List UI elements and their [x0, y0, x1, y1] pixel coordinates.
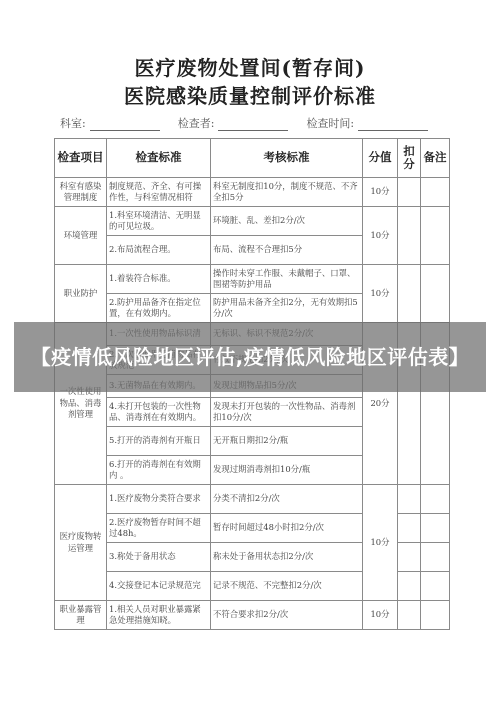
standard-cell: 6.打开的消毒剂在有效期内 。	[107, 456, 211, 485]
standard-cell: 1.医疗废物分类符合要求	[107, 485, 211, 514]
category-cell: 医疗废物转运管理	[55, 485, 107, 601]
criteria-cell: 不符合要求扣2分/次	[211, 601, 363, 630]
standard-cell: 1.科室环境清洁、无明显的可见垃圾。	[107, 207, 211, 236]
deduction-input-cell[interactable]	[398, 601, 421, 630]
criteria-cell: 记录不规范、不完整扣2分/次	[211, 572, 363, 601]
remark-input-cell[interactable]	[421, 178, 450, 207]
header-deduction: 扣分	[398, 139, 421, 178]
deduction-input-cell[interactable]	[398, 514, 421, 543]
header-score: 分值	[363, 139, 398, 178]
remark-input-cell[interactable]	[421, 207, 450, 265]
inspector-field: 检查者:	[178, 115, 289, 131]
standard-cell: 2.防护用品备齐在指定位置，在有效期内。	[107, 294, 211, 323]
criteria-cell: 布局、流程不合理扣5分	[211, 236, 363, 265]
standard-cell: 1.着装符合标准。	[107, 265, 211, 294]
standard-cell: 1.相关人员对职业暴露紧急处理措施知晓。	[107, 601, 211, 630]
criteria-cell: 无开瓶日期扣2分/瓶	[211, 427, 363, 456]
standard-cell: 5.打开的消毒剂有开瓶日	[107, 427, 211, 456]
standard-cell: 3.称处于备用状态	[107, 543, 211, 572]
deduction-input-cell[interactable]	[398, 178, 421, 207]
criteria-cell: 发现过期消毒剂扣10分/瓶	[211, 456, 363, 485]
remark-input-cell[interactable]	[421, 572, 450, 601]
table-row: 环境管理 1.科室环境清洁、无明显的可见垃圾。 环境脏、乱、差扣2分/次 10分	[55, 207, 450, 236]
category-cell: 职业防护	[55, 265, 107, 323]
table-row: 职业暴露管理 1.相关人员对职业暴露紧急处理措施知晓。 不符合要求扣2分/次 1…	[55, 601, 450, 630]
category-cell: 职业暴露管理	[55, 601, 107, 630]
score-cell: 10分	[363, 178, 398, 207]
inspector-label: 检查者:	[178, 115, 215, 131]
criteria-cell: 发现未打开包装的一次性物品、消毒剂扣10分/次	[211, 398, 363, 427]
inspection-meta-fields: 科室: 检查者: 检查时间:	[60, 115, 446, 131]
header-item: 检查项目	[55, 139, 107, 178]
remark-input-cell[interactable]	[421, 485, 450, 514]
standard-cell: 2.医疗废物暂存时间不超过48h。	[107, 514, 211, 543]
document-title-line1: 医疗废物处置间(暂存间)	[0, 52, 500, 81]
score-cell: 10分	[363, 601, 398, 630]
overlay-title-banner: 【疫情低风险地区评估,疫情低风险地区评估表】	[14, 322, 486, 392]
department-label: 科室:	[60, 115, 86, 131]
table-header-row: 检查项目 检查标准 考核标准 分值 扣分 备注	[55, 139, 450, 178]
deduction-input-cell[interactable]	[398, 207, 421, 265]
criteria-cell: 防护用品未备齐全扣2分，无有效期扣5分/次	[211, 294, 363, 323]
inspector-blank-line	[218, 120, 288, 131]
deduction-input-cell[interactable]	[398, 543, 421, 572]
standard-cell: 制度规范、齐全、有可操作性，与科室情况相符	[107, 178, 211, 207]
criteria-cell: 操作时未穿工作服、未戴帽子、口罩、围裙等防护用品	[211, 265, 363, 294]
deduction-input-cell[interactable]	[398, 572, 421, 601]
table-row: 医疗废物转运管理 1.医疗废物分类符合要求 分类不清扣2分/次 10分	[55, 485, 450, 514]
department-blank-line	[90, 120, 160, 131]
department-field: 科室:	[60, 115, 160, 131]
criteria-cell: 分类不清扣2分/次	[211, 485, 363, 514]
header-standard: 检查标准	[107, 139, 211, 178]
inspection-time-field: 检查时间:	[306, 115, 428, 131]
category-cell: 科室有感染管理制度	[55, 178, 107, 207]
standard-cell: 2.布局流程合理。	[107, 236, 211, 265]
deduction-input-cell[interactable]	[398, 265, 421, 323]
criteria-cell: 科室无制度扣10分，制度不规范、不齐全扣5分	[211, 178, 363, 207]
standard-cell: 4.交接登记本记录规范完	[107, 572, 211, 601]
score-cell: 10分	[363, 485, 398, 601]
criteria-cell: 称未处于备用状态扣2分/次	[211, 543, 363, 572]
document-title-line2: 医院感染质量控制评价标准	[0, 80, 500, 109]
criteria-cell: 暂存时间超过48小时扣2分/次	[211, 514, 363, 543]
remark-input-cell[interactable]	[421, 514, 450, 543]
table-row: 职业防护 1.着装符合标准。 操作时未穿工作服、未戴帽子、口罩、围裙等防护用品 …	[55, 265, 450, 294]
remark-input-cell[interactable]	[421, 543, 450, 572]
overlay-title-text: 【疫情低风险地区评估,疫情低风险地区评估表】	[31, 343, 470, 371]
inspection-time-label: 检查时间:	[306, 115, 354, 131]
remark-input-cell[interactable]	[421, 601, 450, 630]
table-row: 科室有感染管理制度 制度规范、齐全、有可操作性，与科室情况相符 科室无制度扣10…	[55, 178, 450, 207]
header-remark: 备注	[421, 139, 450, 178]
remark-input-cell[interactable]	[421, 265, 450, 323]
category-cell: 环境管理	[55, 207, 107, 265]
score-cell: 10分	[363, 207, 398, 265]
score-cell: 10分	[363, 265, 398, 323]
inspection-time-blank-line	[358, 120, 428, 131]
header-criteria: 考核标准	[211, 139, 363, 178]
deduction-input-cell[interactable]	[398, 485, 421, 514]
standard-cell: 4.未打开包装的一次性物品、消毒剂在有效期内。	[107, 398, 211, 427]
criteria-cell: 环境脏、乱、差扣2分/次	[211, 207, 363, 236]
